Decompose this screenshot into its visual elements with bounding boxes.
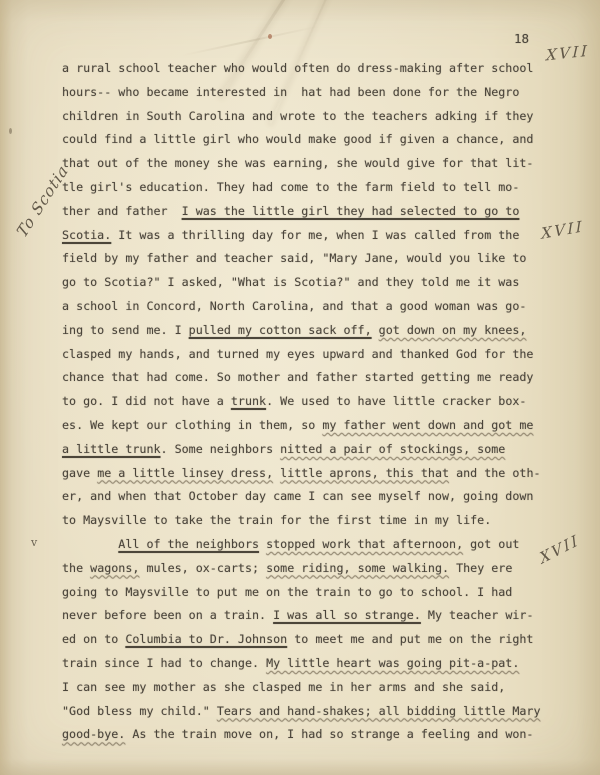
text-segment: I can see my mother as she clasped me in…: [62, 680, 505, 694]
manuscript-page: 18 a rural school teacher who would ofte…: [0, 0, 600, 775]
text-segment: the: [62, 561, 90, 575]
typed-line: ther and father I was the little girl th…: [62, 200, 562, 224]
text-segment: a school in Concord, North Carolina, and…: [62, 299, 526, 313]
typed-line: to Maysville to take the train for the f…: [62, 509, 562, 533]
text-segment: children in South Carolina and wrote to …: [62, 109, 533, 123]
text-segment: field by my father and teacher said, "Ma…: [62, 251, 526, 265]
typed-line: hours-- who became interested in hat had…: [62, 81, 562, 105]
typed-line: going to Maysville to put me on the trai…: [62, 581, 562, 605]
typed-line: ing to send me. I pulled my cotton sack …: [62, 319, 562, 343]
text-segment: As the train move on, I had so strange a…: [125, 727, 533, 741]
text-segment: They ere: [449, 561, 512, 575]
text-segment: tle girl's education. They had come to t…: [62, 180, 519, 194]
typed-line: never before been on a train. I was all …: [62, 604, 562, 628]
typed-line: Scotia. It was a thrilling day for me, w…: [62, 224, 562, 248]
underlined-text-segment: some riding, some walking.: [266, 561, 449, 575]
text-segment: hours-- who became interested in hat had…: [62, 85, 519, 99]
underlined-text-segment: little aprons, this that: [280, 466, 449, 480]
text-segment: It was a thrilling day for me, when I wa…: [111, 228, 519, 242]
typed-line: clasped my hands, and turned my eyes upw…: [62, 343, 562, 367]
typed-line: a little trunk. Some neighbors nitted a …: [62, 438, 562, 462]
text-segment: ed on to: [62, 632, 125, 646]
paper-crease: [181, 25, 318, 56]
typed-line: gave me a little linsey dress, little ap…: [62, 462, 562, 486]
typed-line: a rural school teacher who would often d…: [62, 57, 562, 81]
text-segment: train since I had to change.: [62, 656, 266, 670]
text-segment: to go. I did not have a: [62, 394, 231, 408]
text-segment: going to Maysville to put me on the trai…: [62, 585, 512, 599]
text-segment: [62, 537, 118, 551]
page-number: 18: [514, 31, 529, 46]
text-segment: clasped my hands, and turned my eyes upw…: [62, 347, 533, 361]
underlined-text-segment: nitted a pair of stockings, some: [280, 442, 505, 456]
typed-line: field by my father and teacher said, "Ma…: [62, 247, 562, 271]
underlined-text-segment: I was all so strange.: [273, 608, 421, 622]
margin-check-mark: v: [31, 536, 37, 549]
text-segment: [372, 323, 379, 337]
handwritten-chapter-mark-1: XVII: [546, 42, 590, 65]
underlined-text-segment: pulled my cotton sack off,: [189, 323, 372, 337]
text-segment: to Maysville to take the train for the f…: [62, 513, 491, 527]
typed-line: that out of the money she was earning, s…: [62, 152, 562, 176]
typed-line: the wagons, mules, ox-carts; some riding…: [62, 557, 562, 581]
underlined-text-segment: good-bye.: [62, 727, 125, 741]
text-segment: . Some neighbors: [161, 442, 281, 456]
underlined-text-segment: trunk: [231, 394, 266, 408]
underlined-text-segment: stopped work that afternoon,: [266, 537, 463, 551]
text-segment: ing to send me. I: [62, 323, 189, 337]
text-segment: go to Scotia?" I asked, "What is Scotia?…: [62, 275, 519, 289]
text-segment: that out of the money she was earning, s…: [62, 156, 533, 170]
typed-line: a school in Concord, North Carolina, and…: [62, 295, 562, 319]
typed-line: tle girl's education. They had come to t…: [62, 176, 562, 200]
text-segment: es. We kept our clothing in them, so: [62, 418, 322, 432]
underlined-text-segment: me a little linsey dress,: [97, 466, 273, 480]
text-segment: never before been on a train.: [62, 608, 273, 622]
text-segment: chance that had come. So mother and fath…: [62, 370, 533, 384]
text-segment: to meet me and put me on the right: [287, 632, 533, 646]
typed-line: train since I had to change. My little h…: [62, 652, 562, 676]
text-segment: ther and father: [62, 204, 182, 218]
underlined-text-segment: My little heart was going pit-a-pat.: [266, 656, 519, 670]
text-segment: got out: [463, 537, 519, 551]
typed-line: chance that had come. So mother and fath…: [62, 366, 562, 390]
text-segment: er, and when that October day came I can…: [62, 489, 533, 503]
text-segment: and the oth-: [449, 466, 540, 480]
underlined-text-segment: got down on my knees,: [379, 323, 527, 337]
typed-line: All of the neighbors stopped work that a…: [62, 533, 562, 557]
underlined-text-segment: a little trunk: [62, 442, 161, 456]
text-segment: mules, ox-carts;: [139, 561, 266, 575]
typed-line: er, and when that October day came I can…: [62, 485, 562, 509]
typed-line: go to Scotia?" I asked, "What is Scotia?…: [62, 271, 562, 295]
typed-line: I can see my mother as she clasped me in…: [62, 676, 562, 700]
typed-line: children in South Carolina and wrote to …: [62, 105, 562, 129]
typed-text-block: a rural school teacher who would often d…: [62, 57, 562, 747]
text-segment: "God bless my child.": [62, 704, 217, 718]
typed-line: to go. I did not have a trunk. We used t…: [62, 390, 562, 414]
text-segment: My teacher wir-: [421, 608, 534, 622]
text-segment: . We used to have little cracker box-: [266, 394, 526, 408]
underlined-text-segment: All of the neighbors: [118, 537, 259, 551]
text-segment: gave: [62, 466, 97, 480]
typed-line: es. We kept our clothing in them, so my …: [62, 414, 562, 438]
text-segment: a rural school teacher who would often d…: [62, 61, 533, 75]
underlined-text-segment: Tears and hand-shakes; all bidding littl…: [217, 704, 541, 718]
underlined-text-segment: Scotia.: [62, 228, 111, 242]
paper-stain-speck: [268, 34, 272, 39]
underlined-text-segment: my father went down and got me: [322, 418, 533, 432]
typed-line: could find a little girl who would make …: [62, 128, 562, 152]
underlined-text-segment: Columbia to Dr. Johnson: [125, 632, 287, 646]
typed-line: ed on to Columbia to Dr. Johnson to meet…: [62, 628, 562, 652]
underlined-text-segment: I was the little girl they had selected …: [182, 204, 520, 218]
typed-line: good-bye. As the train move on, I had so…: [62, 723, 562, 747]
text-segment: could find a little girl who would make …: [62, 132, 533, 146]
paper-stain-speck: [9, 128, 12, 134]
typed-line: "God bless my child." Tears and hand-sha…: [62, 700, 562, 724]
underlined-text-segment: wagons,: [90, 561, 139, 575]
